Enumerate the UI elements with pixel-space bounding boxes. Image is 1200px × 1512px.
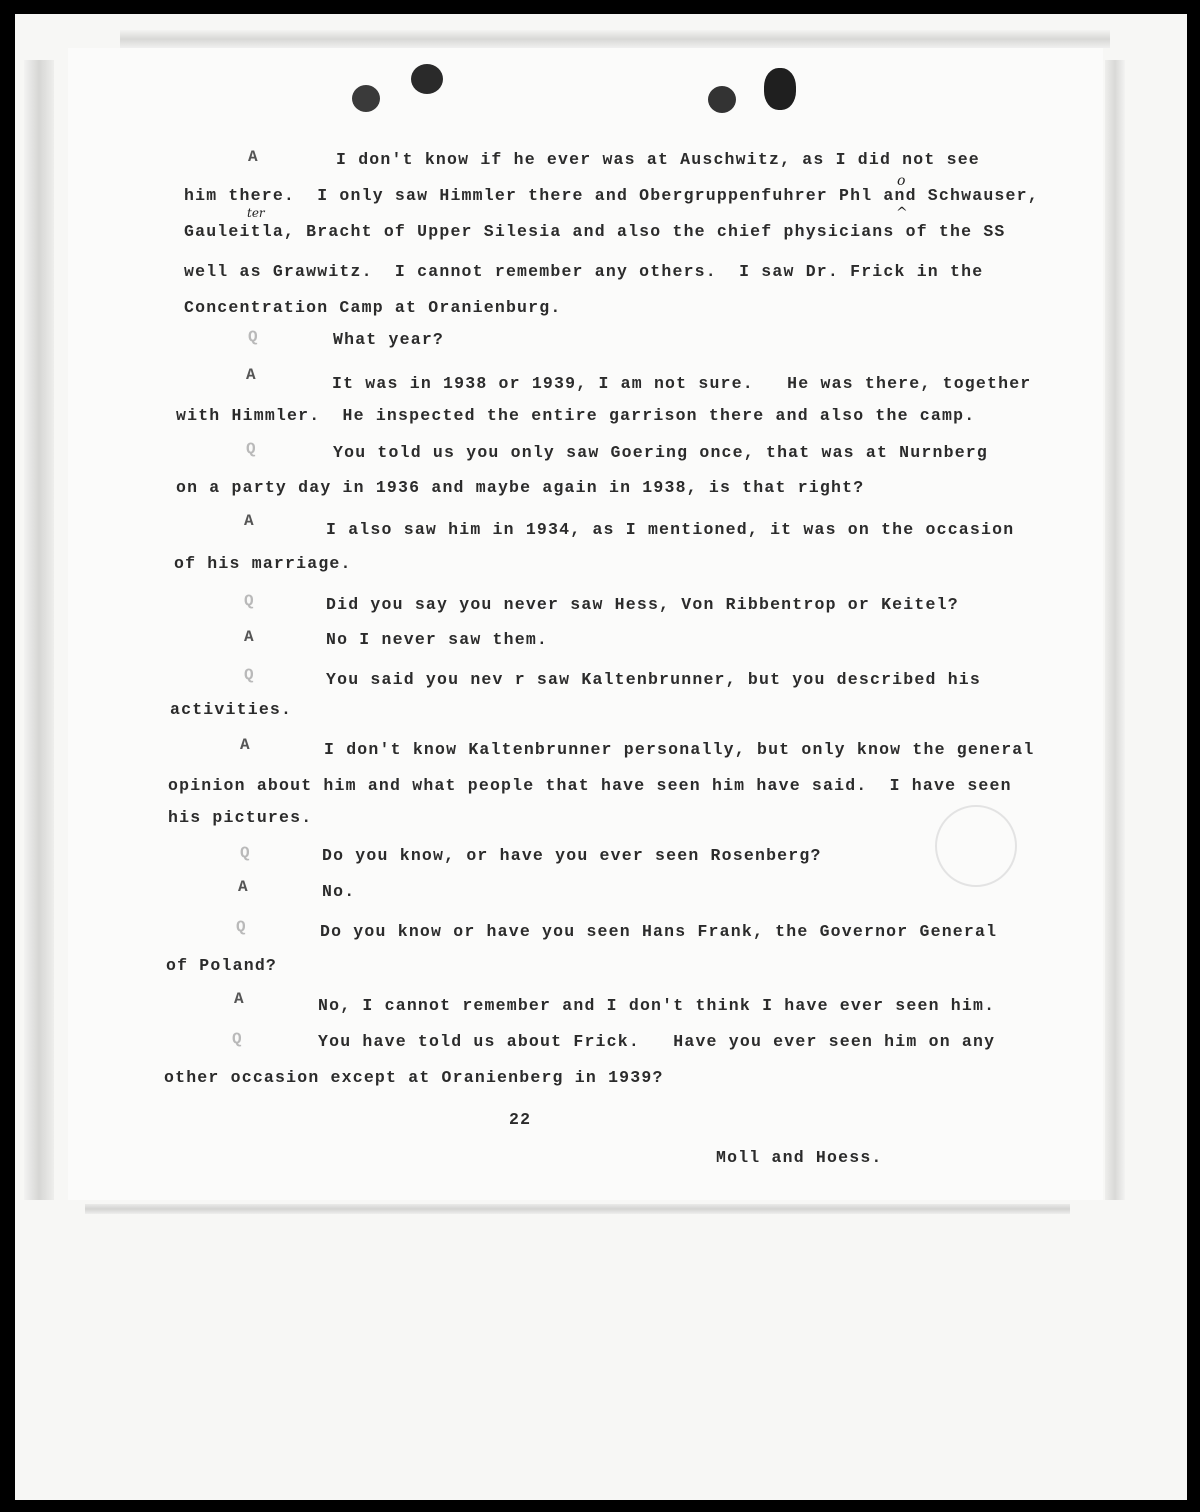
speaker-label: A xyxy=(244,628,254,646)
transcript-line: of Poland? xyxy=(166,956,277,975)
speaker-label: A xyxy=(240,736,250,754)
transcript-line: activities. xyxy=(170,700,292,719)
transcript-line: Concentration Camp at Oranienburg. xyxy=(184,298,561,317)
transcript-line: opinion about him and what people that h… xyxy=(168,776,1012,795)
transcript-line: You have told us about Frick. Have you e… xyxy=(318,1032,995,1051)
transcript-line: other occasion except at Oranienberg in … xyxy=(164,1068,664,1087)
transcript-line: No, I cannot remember and I don't think … xyxy=(318,996,995,1015)
speaker-label: A xyxy=(248,148,258,166)
transcript-line: on a party day in 1936 and maybe again i… xyxy=(176,478,864,497)
page-edge-shadow-top xyxy=(120,30,1110,48)
transcript-line: I don't know if he ever was at Auschwitz… xyxy=(336,150,980,169)
transcript-line: You told us you only saw Goering once, t… xyxy=(333,443,988,462)
page-edge-shadow-bottom xyxy=(85,1204,1070,1214)
speaker-label: Q xyxy=(236,918,246,936)
handwritten-insert: ter xyxy=(247,206,265,220)
speaker-label: A xyxy=(234,990,244,1008)
transcript-line: It was in 1938 or 1939, I am not sure. H… xyxy=(332,374,1031,393)
speaker-label: Q xyxy=(240,844,250,862)
punch-hole-icon xyxy=(764,68,796,110)
transcript-line: his pictures. xyxy=(168,808,312,827)
speaker-label: Q xyxy=(244,666,254,684)
page-edge-shadow-right xyxy=(1105,60,1125,1200)
speaker-label: A xyxy=(238,878,248,896)
handwritten-caret: ^ xyxy=(896,205,908,221)
transcript-line: him there. I only saw Himmler there and … xyxy=(184,186,1039,205)
transcript-line: with Himmler. He inspected the entire ga… xyxy=(176,406,975,425)
page-number: 22 xyxy=(509,1110,531,1129)
transcript-line: I don't know Kaltenbrunner personally, b… xyxy=(324,740,1035,759)
punch-hole-icon xyxy=(352,85,380,112)
transcript-line: Do you know, or have you ever seen Rosen… xyxy=(322,846,822,865)
transcript-line: What year? xyxy=(333,330,444,349)
transcript-line: No I never saw them. xyxy=(326,630,548,649)
page-edge-shadow-left xyxy=(24,60,54,1200)
footer-label: Moll and Hoess. xyxy=(716,1148,883,1167)
transcript-line: of his marriage. xyxy=(174,554,352,573)
speaker-label: Q xyxy=(248,328,258,346)
speaker-label: Q xyxy=(232,1030,242,1048)
speaker-label: A xyxy=(244,512,254,530)
punch-hole-icon xyxy=(708,86,736,113)
transcript-line: I also saw him in 1934, as I mentioned, … xyxy=(326,520,1014,539)
transcript-line: Did you say you never saw Hess, Von Ribb… xyxy=(326,595,959,614)
document-page xyxy=(68,48,1103,1200)
speaker-label: A xyxy=(246,366,256,384)
transcript-line: well as Grawwitz. I cannot remember any … xyxy=(184,262,983,281)
punch-hole-icon xyxy=(411,64,443,94)
transcript-line: You said you nev r saw Kaltenbrunner, bu… xyxy=(326,670,981,689)
archive-stamp xyxy=(935,805,1017,887)
speaker-label: Q xyxy=(246,440,256,458)
transcript-line: No. xyxy=(322,882,355,901)
transcript-line: Gauleitla, Bracht of Upper Silesia and a… xyxy=(184,222,1006,241)
transcript-line: Do you know or have you seen Hans Frank,… xyxy=(320,922,997,941)
speaker-label: Q xyxy=(244,592,254,610)
